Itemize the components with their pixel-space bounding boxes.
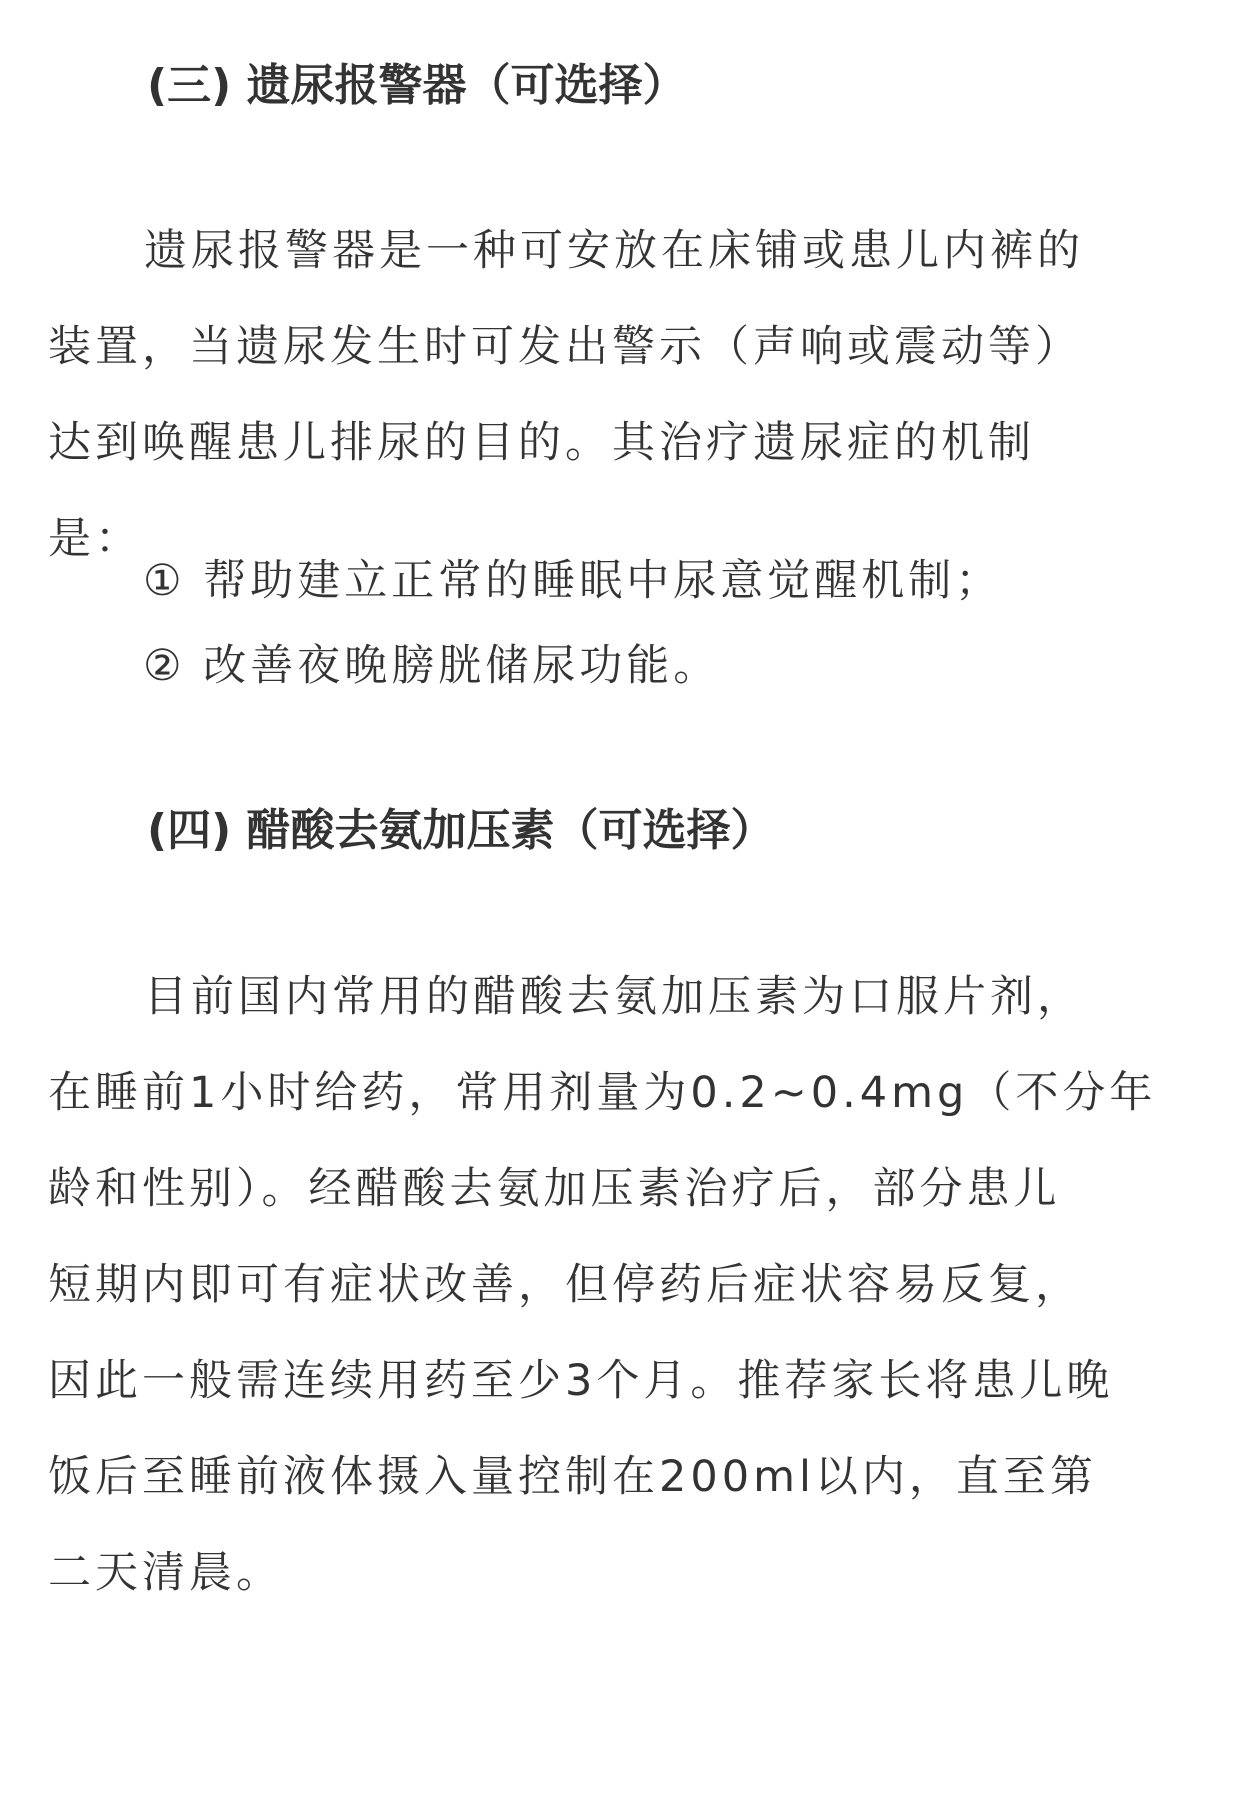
section-paragraph-desmopressin: 目前国内常用的醋酸去氨加压素为口服片剂， 在睡前1小时给药，常用剂量为0.2~0… — [48, 949, 1198, 1621]
paragraph-line: 在睡前1小时给药，常用剂量为0.2~0.4mg（不分年 — [48, 1045, 1198, 1141]
section-heading-desmopressin: (四) 醋酸去氨加压素（可选择） — [147, 801, 775, 861]
section-heading-enuresis-alarm: (三) 遗尿报警器（可选择） — [147, 56, 687, 116]
mechanism-list-item-2: ② 改善夜晚膀胱储尿功能。 — [143, 636, 720, 696]
paragraph-line: 饭后至睡前液体摄入量控制在200ml以内，直至第 — [48, 1429, 1198, 1525]
paragraph-line: 短期内即可有症状改善，但停药后症状容易反复， — [48, 1237, 1198, 1333]
paragraph-line: 目前国内常用的醋酸去氨加压素为口服片剂， — [48, 949, 1198, 1045]
paragraph-line: 遗尿报警器是一种可安放在床铺或患儿内裤的 — [48, 203, 1198, 299]
paragraph-line: 因此一般需连续用药至少3个月。推荐家长将患儿晚 — [48, 1333, 1198, 1429]
paragraph-line: 二天清晨。 — [48, 1525, 1198, 1621]
section-paragraph-enuresis-alarm: 遗尿报警器是一种可安放在床铺或患儿内裤的 装置，当遗尿发生时可发出警示（声响或震… — [48, 203, 1198, 587]
mechanism-list-item-1: ① 帮助建立正常的睡眠中尿意觉醒机制； — [143, 551, 1002, 611]
paragraph-line: 龄和性别）。经醋酸去氨加压素治疗后，部分患儿 — [48, 1141, 1198, 1237]
article-page: (三) 遗尿报警器（可选择） 遗尿报警器是一种可安放在床铺或患儿内裤的 装置，当… — [0, 0, 1242, 1815]
paragraph-line: 装置，当遗尿发生时可发出警示（声响或震动等） — [48, 299, 1198, 395]
paragraph-line: 达到唤醒患儿排尿的目的。其治疗遗尿症的机制 — [48, 395, 1198, 491]
